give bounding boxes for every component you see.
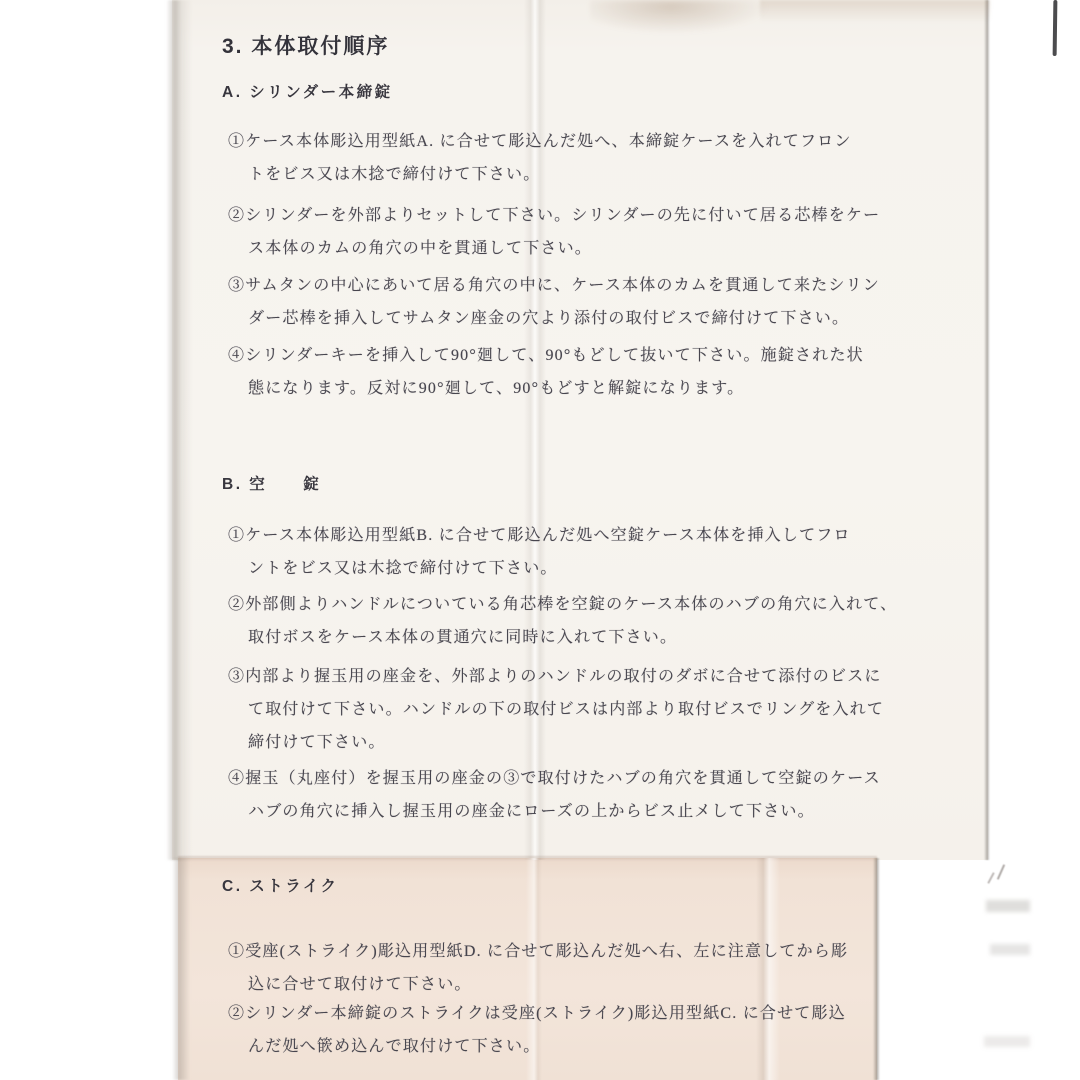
instruction-paragraph-a3: ③サムタンの中心にあいて居る角穴の中に、ケース本体のカムを貫通して来たシリン ダ… [228, 269, 880, 335]
instruction-paragraph-b2: ②外部側よりハンドルについている角芯棒を空錠のケース本体のハブの角穴に入れて、 … [228, 588, 897, 654]
fold-top-smudge [590, 0, 770, 34]
bleed-through-mark [997, 864, 1005, 879]
pink-paper-left-edge [172, 858, 190, 1080]
paper-left-edge-shadow [166, 0, 192, 860]
instruction-line: 締付けて下さい。 [248, 726, 884, 759]
bleed-through-text-smudge [990, 944, 1030, 955]
top-edge-stain [760, 0, 990, 22]
instruction-paragraph-c1: ①受座(ストライク)彫込用型紙D. に合せて彫込んだ処へ右、左に注意してから彫 … [228, 935, 848, 1001]
instruction-line: ②シリンダー本締錠のストライクは受座(ストライク)彫込用型紙C. に合せて彫込 [228, 997, 846, 1030]
page-title: 3. 本体取付順序 [222, 36, 389, 57]
instruction-line: ④シリンダーキーを挿入して90°廻して、90°もどして抜いて下さい。施錠された状 [228, 339, 864, 372]
scanned-instruction-sheet: 3. 本体取付順序 A. シリンダー本締錠 ①ケース本体彫込用型紙A. に合せて… [0, 0, 1080, 1080]
instruction-paragraph-b3: ③内部より握玉用の座金を、外部よりのハンドルの取付のダボに合せて添付のビスに て… [228, 660, 884, 759]
instruction-line: 態になります。反対に90°廻して、90°もどすと解錠になります。 [248, 372, 864, 405]
instruction-paragraph-b4: ④握玉（丸座付）を握玉用の座金の③で取付けたハブの角穴を貫通して空錠のケース ハ… [228, 762, 881, 828]
instruction-line: ス本体のカムの角穴の中を貫通して下さい。 [248, 232, 880, 265]
instruction-paragraph-a4: ④シリンダーキーを挿入して90°廻して、90°もどして抜いて下さい。施錠された状… [228, 339, 864, 405]
instruction-paragraph-b1: ①ケース本体彫込用型紙B. に合せて彫込んだ処へ空錠ケース本体を挿入してフロ ン… [228, 519, 851, 585]
pink-paper-right-edge [873, 858, 880, 1080]
bleed-through-text-smudge [984, 1036, 1030, 1047]
instruction-line: んだ処へ篏め込んで取付けて下さい。 [248, 1030, 846, 1063]
instruction-line: ②外部側よりハンドルについている角芯棒を空錠のケース本体のハブの角穴に入れて、 [228, 588, 897, 621]
instruction-line: ③内部より握玉用の座金を、外部よりのハンドルの取付のダボに合せて添付のビスに [228, 660, 884, 693]
scan-corner-mark [1053, 0, 1058, 56]
instruction-line: ントをビス又は木捻で締付けて下さい。 [248, 552, 851, 585]
instruction-paragraph-a1: ①ケース本体彫込用型紙A. に合せて彫込んだ処へ、本締錠ケースを入れてフロン ト… [228, 125, 852, 191]
paper-right-edge-line [984, 0, 990, 860]
instruction-line: ハブの角穴に挿入し握玉用の座金にローズの上からビス止メして下さい。 [248, 795, 881, 828]
instruction-line: て取付けて下さい。ハンドルの下の取付ビスは内部より取付ビスでリングを入れて [248, 693, 884, 726]
instruction-paragraph-c2: ②シリンダー本締錠のストライクは受座(ストライク)彫込用型紙C. に合せて彫込 … [228, 997, 846, 1063]
section-b-heading: B. 空 錠 [222, 477, 321, 493]
instruction-line: ①受座(ストライク)彫込用型紙D. に合せて彫込んだ処へ右、左に注意してから彫 [228, 935, 848, 968]
section-c-heading: C. ストライク [222, 879, 339, 895]
section-a-heading: A. シリンダー本締錠 [222, 85, 393, 101]
instruction-paragraph-a2: ②シリンダーを外部よりセットして下さい。シリンダーの先に付いて居る芯棒をケー ス… [228, 199, 880, 265]
bleed-through-mark [987, 872, 994, 884]
instruction-line: ④握玉（丸座付）を握玉用の座金の③で取付けたハブの角穴を貫通して空錠のケース [228, 762, 881, 795]
instruction-line: ②シリンダーを外部よりセットして下さい。シリンダーの先に付いて居る芯棒をケー [228, 199, 880, 232]
instruction-line: トをビス又は木捻で締付けて下さい。 [248, 158, 852, 191]
bleed-through-text-smudge [986, 900, 1030, 912]
instruction-line: ①ケース本体彫込用型紙B. に合せて彫込んだ処へ空錠ケース本体を挿入してフロ [228, 519, 851, 552]
instruction-line: ダー芯棒を挿入してサムタン座金の穴より添付の取付ビスで締付けて下さい。 [248, 302, 880, 335]
instruction-line: 取付ボスをケース本体の貫通穴に同時に入れて下さい。 [248, 621, 897, 654]
instruction-line: ③サムタンの中心にあいて居る角穴の中に、ケース本体のカムを貫通して来たシリン [228, 269, 880, 302]
instruction-line: ①ケース本体彫込用型紙A. に合せて彫込んだ処へ、本締錠ケースを入れてフロン [228, 125, 852, 158]
